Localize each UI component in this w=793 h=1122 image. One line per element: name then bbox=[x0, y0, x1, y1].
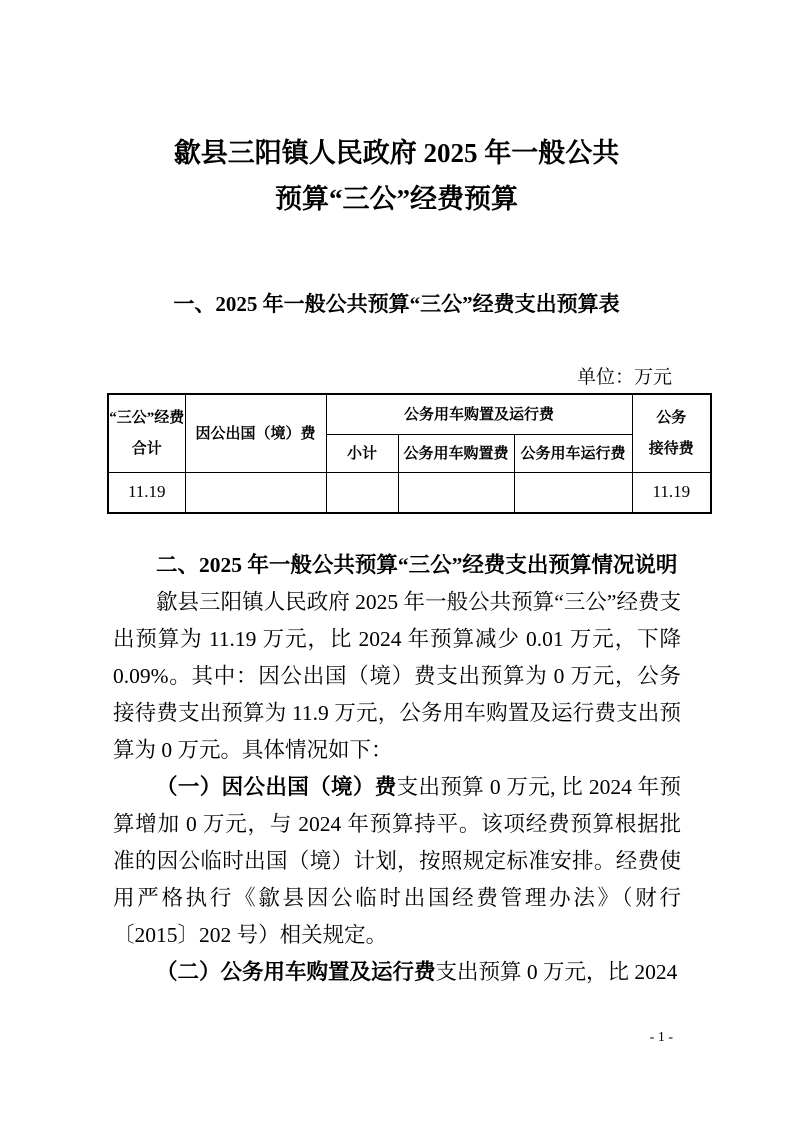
document-title-line2: 预算“三公”经费预算 bbox=[0, 176, 793, 222]
paragraph-vehicle-fee-text: 支出预算 0 万元，比 2024 bbox=[436, 960, 678, 984]
document-title: 歙县三阳镇人民政府 2025 年一般公共 预算“三公”经费预算 bbox=[0, 130, 793, 222]
document-body: 二、2025 年一般公共预算“三公”经费支出预算情况说明 歙县三阳镇人民政府 2… bbox=[113, 547, 681, 991]
sangong-budget-table: “三公”经费 合计 因公出国（境）费 公务用车购置及运行费 公务 接待费 小计 … bbox=[107, 393, 712, 514]
cell-sangong-total: 11.19 bbox=[108, 473, 185, 513]
header-reception-fee-line2: 接待费 bbox=[633, 440, 711, 458]
document-page: 歙县三阳镇人民政府 2025 年一般公共 预算“三公”经费预算 一、2025 年… bbox=[0, 0, 793, 1122]
header-sangong-total-line2: 合计 bbox=[109, 440, 185, 458]
header-vehicle-subtotal: 小计 bbox=[326, 435, 398, 473]
table-row: 11.19 11.19 bbox=[108, 473, 711, 513]
paragraph-vehicle-fee: （二）公务用车购置及运行费支出预算 0 万元，比 2024 bbox=[113, 954, 681, 991]
section2-heading: 二、2025 年一般公共预算“三公”经费支出预算情况说明 bbox=[113, 547, 681, 584]
header-reception-fee-line1: 公务 bbox=[633, 409, 711, 427]
paragraph-vehicle-fee-lead: （二）公务用车购置及运行费 bbox=[156, 960, 436, 984]
cell-vehicle-operation bbox=[514, 473, 632, 513]
header-vehicle-operation: 公务用车运行费 bbox=[514, 435, 632, 473]
page-number: - 1 - bbox=[650, 1030, 673, 1046]
header-vehicle-purchase: 公务用车购置费 bbox=[398, 435, 514, 473]
paragraph-overview: 歙县三阳镇人民政府 2025 年一般公共预算“三公”经费支出预算为 11.19 … bbox=[113, 584, 681, 769]
paragraph-abroad-fee-text: 支出预算 0 万元, 比 2024 年预算增加 0 万元，与 2024 年预算持… bbox=[113, 775, 681, 947]
header-abroad-fee: 因公出国（境）费 bbox=[185, 394, 326, 473]
paragraph-abroad-fee: （一）因公出国（境）费支出预算 0 万元, 比 2024 年预算增加 0 万元，… bbox=[113, 769, 681, 954]
table-unit-label: 单位：万元 bbox=[577, 362, 672, 389]
header-sangong-total-line1: “三公”经费 bbox=[109, 409, 185, 427]
section1-heading: 一、2025 年一般公共预算“三公”经费支出预算表 bbox=[0, 288, 793, 318]
cell-vehicle-purchase bbox=[398, 473, 514, 513]
paragraph-abroad-fee-lead: （一）因公出国（境）费 bbox=[156, 775, 397, 799]
cell-abroad-fee bbox=[185, 473, 326, 513]
header-sangong-total: “三公”经费 合计 bbox=[108, 394, 185, 473]
header-vehicle-group: 公务用车购置及运行费 bbox=[326, 394, 632, 435]
cell-reception-fee: 11.19 bbox=[632, 473, 711, 513]
cell-vehicle-subtotal bbox=[326, 473, 398, 513]
document-title-line1: 歙县三阳镇人民政府 2025 年一般公共 bbox=[0, 130, 793, 176]
header-reception-fee: 公务 接待费 bbox=[632, 394, 711, 473]
